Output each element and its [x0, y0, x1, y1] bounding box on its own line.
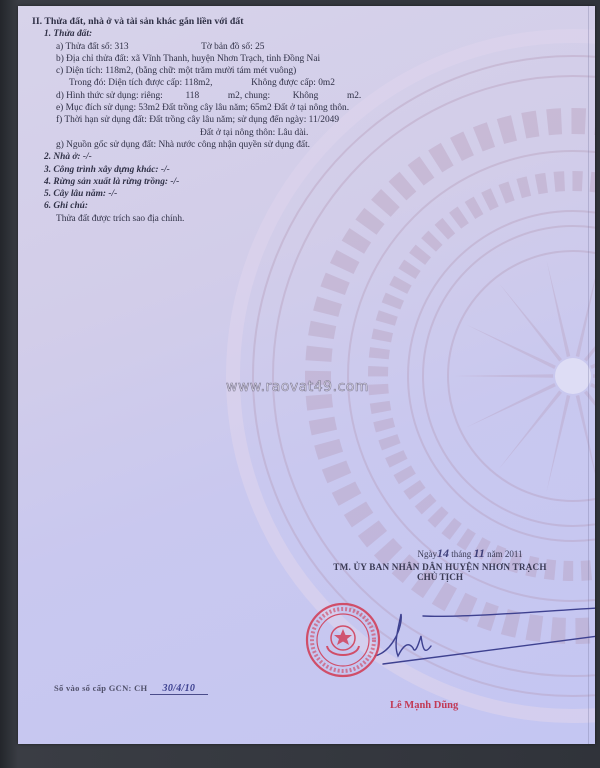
issue-date: Ngày14 tháng 11 năm 2011 [280, 546, 595, 561]
note-text: Thửa đất được trích sao địa chính. [32, 213, 555, 225]
address-row: b) Địa chỉ thửa đất: xã Vĩnh Thanh, huyệ… [32, 53, 555, 65]
issuing-organization: TM. ỦY BAN NHÂN DÂN HUYỆN NHƠN TRẠCH [280, 562, 595, 572]
official-red-seal-icon [305, 602, 381, 678]
signer-name: Lê Mạnh Dũng [390, 700, 458, 711]
signature-block: Ngày14 tháng 11 năm 2011 TM. ỦY BAN NHÂN… [280, 546, 595, 582]
item4-row: 4. Rừng sản xuất là rừng trồng: -/- [32, 176, 555, 188]
section-heading: II. Thửa đất, nhà ở và tài sản khác gắn … [32, 16, 555, 28]
area-row: c) Diện tích: 118m2, (bằng chữ: một trăm… [32, 65, 555, 77]
item3-row: 3. Công trình xây dựng khác: -/- [32, 164, 555, 176]
item2-row: 2. Nhà ở: -/- [32, 151, 555, 163]
parcel-number: 313 [115, 42, 129, 52]
signer-title: CHỦ TỊCH [280, 572, 595, 582]
certificate-text: II. Thửa đất, nhà ở và tài sản khác gắn … [32, 16, 555, 225]
item5-row: 5. Cây lâu năm: -/- [32, 188, 555, 200]
handwritten-signature-icon [363, 606, 595, 666]
map-sheet-number: 25 [255, 42, 264, 52]
land-certificate-page: II. Thửa đất, nhà ở và tài sản khác gắn … [18, 6, 595, 744]
parcel-number-row: a) Thửa đất số: 313 Tờ bản đồ số: 25 [32, 41, 555, 53]
registry-number-row: Số vào sổ cấp GCN: CH 30/4/10 [54, 683, 208, 695]
usage-origin-row: g) Nguồn gốc sử dụng đất: Nhà nước công … [32, 139, 555, 151]
parcel-address: xã Vĩnh Thanh, huyện Nhơn Trạch, tỉnh Đồ… [131, 54, 320, 64]
registry-number: 30/4/10 [150, 683, 208, 695]
parcel-area: 118m2, (bằng chữ: một trăm mười tám mét … [105, 66, 296, 76]
item6-label: 6. Ghi chú: [32, 200, 555, 212]
item1-label: 1. Thửa đất: [32, 28, 555, 40]
usage-purpose-row: e) Mục đích sử dụng: 53m2 Đất trồng cây … [32, 102, 555, 114]
usage-term-row-2: Đất ở tại nông thôn: Lâu dài. [32, 127, 555, 139]
usage-term-row: f) Thời hạn sử dụng đất: Đất trồng cây l… [32, 114, 555, 126]
area-detail-row: Trong đó: Diện tích được cấp: 118m2, Khô… [32, 77, 555, 89]
site-watermark: www.raovat49.com [226, 379, 369, 395]
usage-form-row: d) Hình thức sử dụng: riêng: 118 m2, chu… [32, 90, 555, 102]
